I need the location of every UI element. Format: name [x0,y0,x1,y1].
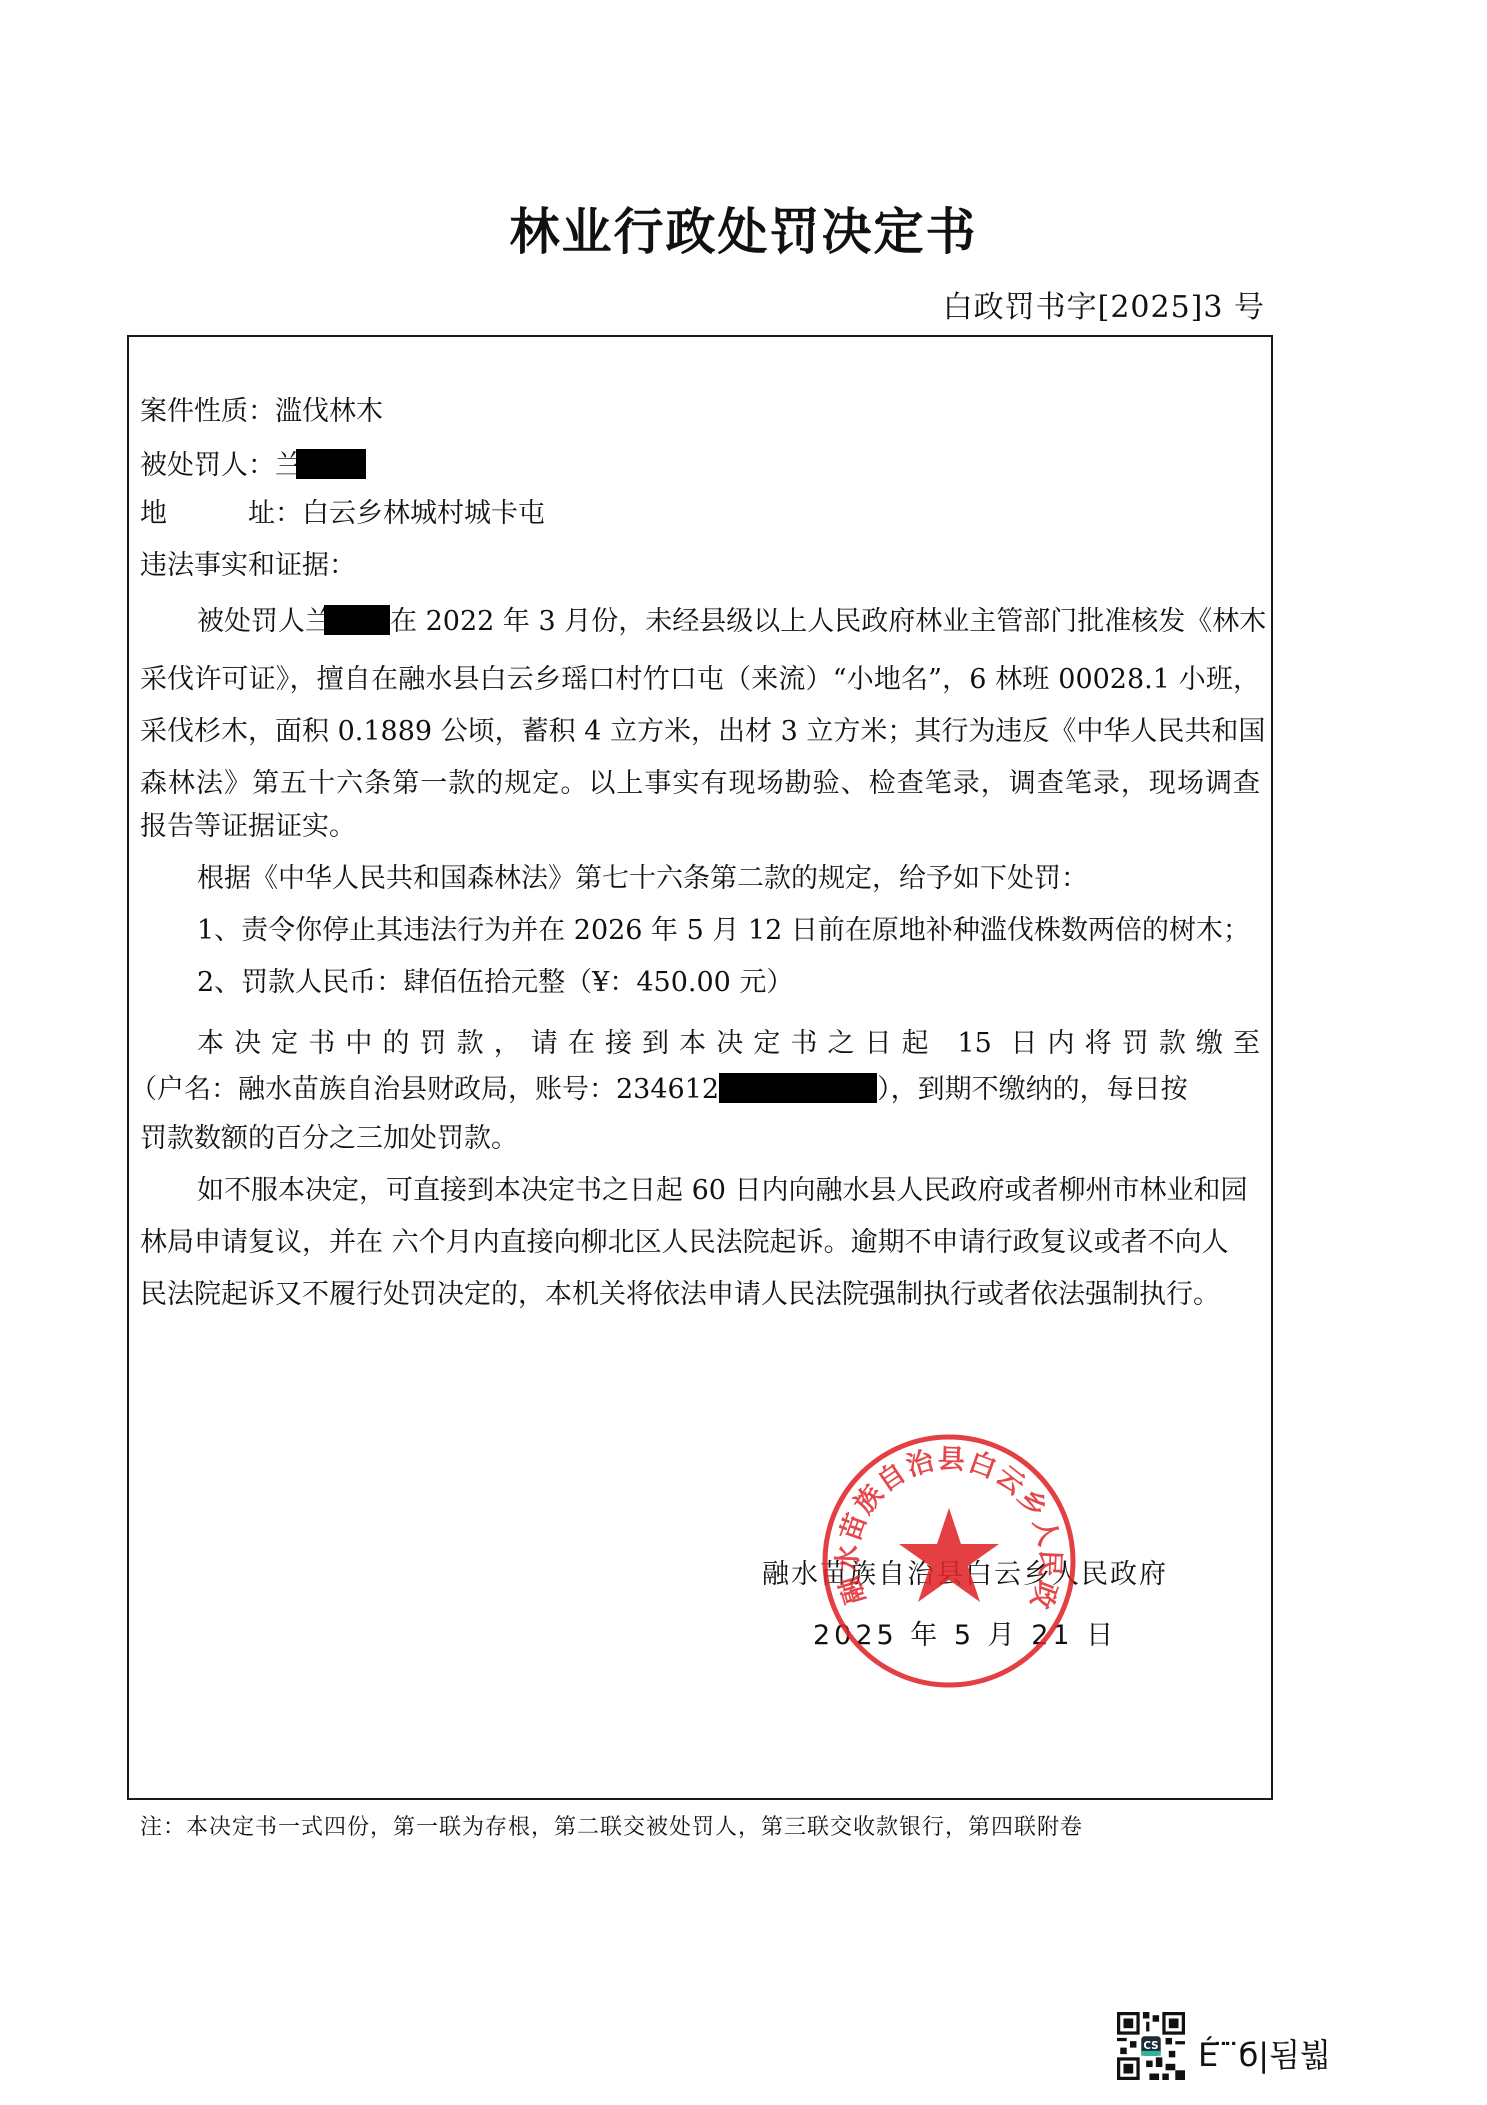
payment-line-2-end: ），到期不缴纳的，每日按 [877,1074,1188,1105]
facts-line-1-end: 在 2022 年 3 月份，未经县级以上人民政府林业主管部门批准核发《林木 [390,606,1266,637]
appeal-line-2: 林局申请复议，并在 六个月内直接向柳北区人民法院起诉。逾期不申请行政复议或者不向… [140,1229,1260,1256]
document-number: 白政罚书字[2025]3 号 [943,282,1265,326]
svg-text:融水苗族自治县白云乡人民政府: 融水苗族自治县白云乡人民政府 [818,1430,1065,1615]
decision-item-2: 2、罚款人民币：肆佰伍拾元整（¥：450.00 元） [197,969,793,996]
qr-code-icon: CS [1117,2012,1185,2080]
scanner-watermark-text: É ̈ ̈б|됨붧 [1198,2030,1331,2076]
address-row: 地址：白云乡林城村城卡屯 [140,500,545,527]
payment-line-2: （户名：融水苗族自治县财政局，账号：234612），到期不缴纳的，每日按 [130,1073,1250,1103]
redaction-bar [296,449,366,479]
facts-line-3: 采伐杉木，面积 0.1889 公顷，蓄积 4 立方米，出材 3 立方米；其行为违… [140,709,1260,748]
facts-line-2: 采伐许可证》，擅自在融水县白云乡瑶口村竹口屯（来流）“小地名”，6 林班 000… [140,657,1260,696]
svg-text:CS: CS [1143,2040,1158,2052]
facts-line-4: 森林法》第五十六条第一款的规定。以上事实有现场勘验、检查笔录，调查笔录，现场调查 [140,761,1260,800]
address-label-suffix: 址： [248,498,302,529]
payment-line-3: 罚款数额的百分之三加处罚款。 [140,1125,1260,1152]
appeal-line-1: 如不服本决定，可直接到本决定书之日起 60 日内向融水县人民政府或者柳州市林业和… [197,1177,1248,1204]
facts-line-5: 报告等证据证实。 [140,813,1260,840]
penalized-party-label: 被处罚人： [140,450,275,481]
case-nature-row: 案件性质：滥伐林木 [140,398,383,425]
appeal-line-3: 民法院起诉又不履行处罚决定的，本机关将依法申请人民法院强制执行或者依法强制执行。 [140,1281,1260,1308]
footer-note: 注：本决定书一式四份，第一联为存根，第二联交被处罚人，第三联交收款银行，第四联附… [140,1810,1083,1841]
facts-line-1-start: 被处罚人兰 [197,606,332,637]
redaction-bar [719,1073,877,1103]
decision-basis: 根据《中华人民共和国森林法》第七十六条第二款的规定，给予如下处罚： [197,865,1088,892]
facts-label: 违法事实和证据： [140,552,356,579]
facts-line-1: 被处罚人兰在 2022 年 3 月份，未经县级以上人民政府林业主管部门批准核发《… [197,605,1266,635]
official-seal-icon: 融水苗族自治县白云乡人民政府 [818,1430,1080,1692]
document-title: 林业行政处罚决定书 [0,192,1487,264]
case-nature-label: 案件性质： [140,396,275,427]
penalized-party-row: 被处罚人：兰 [140,449,366,479]
payment-line-1: 本决定书中的罚款，请在接到本决定书之日起 15 日内将罚款缴至 [197,1021,1260,1060]
decision-item-1: 1、责令你停止其违法行为并在 2026 年 5 月 12 日前在原地补种滥伐株数… [197,917,1250,944]
case-nature-value: 滥伐林木 [275,396,383,427]
payment-account-text: （户名：融水苗族自治县财政局，账号：234612 [130,1074,719,1105]
redaction-bar [324,605,390,635]
address-label: 地 [140,498,167,529]
address-value: 白云乡林城村城卡屯 [302,498,545,529]
